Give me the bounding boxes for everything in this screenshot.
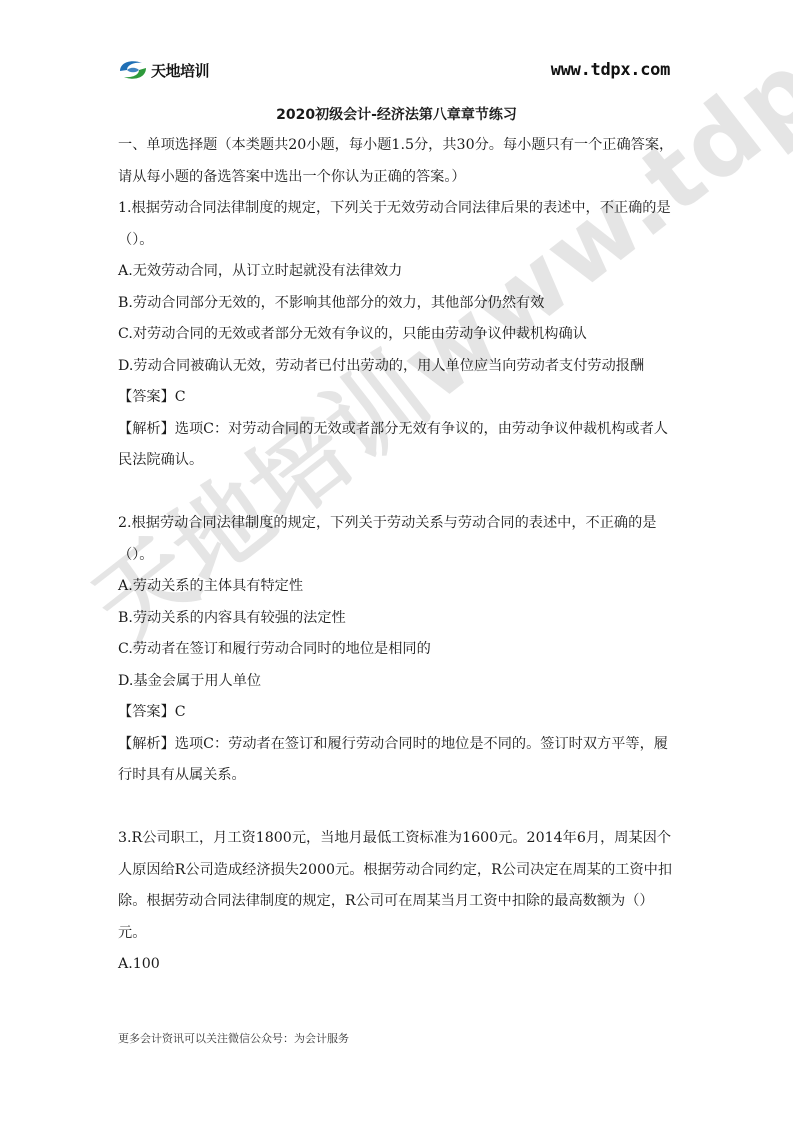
- question-stem: 2.根据劳动合同法律制度的规定，下列关于劳动关系与劳动合同的表述中，不正确的是（…: [118, 508, 676, 571]
- question-2: 2.根据劳动合同法律制度的规定，下列关于劳动关系与劳动合同的表述中，不正确的是（…: [118, 508, 676, 792]
- question-3: 3.R公司职工，月工资1800元，当地月最低工资标准为1600元。2014年6月…: [118, 823, 676, 981]
- option-d: D.基金会属于用人单位: [118, 666, 676, 698]
- page-header: 天地培训 www.tdpx.com: [118, 58, 670, 88]
- logo: 天地培训: [118, 58, 209, 82]
- analysis: 【解析】选项C：劳动者在签订和履行劳动合同时的地位是不同的。签订时双方平等，履行…: [118, 729, 676, 792]
- option-d: D.劳动合同被确认无效，劳动者已付出劳动的，用人单位应当向劳动者支付劳动报酬: [118, 351, 676, 383]
- spacer: [118, 792, 676, 824]
- option-a: A.无效劳动合同，从订立时起就没有法律效力: [118, 256, 676, 288]
- spacer: [118, 477, 676, 509]
- logo-text: 天地培训: [151, 60, 209, 81]
- site-url: www.tdpx.com: [551, 60, 670, 80]
- section-intro: 一、单项选择题（本类题共20小题，每小题1.5分，共30分。每小题只有一个正确答…: [118, 130, 676, 193]
- answer: 【答案】C: [118, 697, 676, 729]
- question-1: 1.根据劳动合同法律制度的规定，下列关于无效劳动合同法律后果的表述中，不正确的是…: [118, 193, 676, 477]
- option-c: C.对劳动合同的无效或者部分无效有争议的，只能由劳动争议仲裁机构确认: [118, 319, 676, 351]
- document-body: 一、单项选择题（本类题共20小题，每小题1.5分，共30分。每小题只有一个正确答…: [118, 130, 676, 981]
- logo-swoosh-icon: [118, 58, 148, 82]
- analysis: 【解析】选项C：对劳动合同的无效或者部分无效有争议的，由劳动争议仲裁机构或者人民…: [118, 414, 676, 477]
- option-a: A.劳动关系的主体具有特定性: [118, 571, 676, 603]
- page-title: 2020初级会计-经济法第八章章节练习: [0, 104, 793, 124]
- answer: 【答案】C: [118, 382, 676, 414]
- option-a: A.100: [118, 949, 676, 981]
- option-c: C.劳动者在签订和履行劳动合同时的地位是相同的: [118, 634, 676, 666]
- question-stem: 1.根据劳动合同法律制度的规定，下列关于无效劳动合同法律后果的表述中，不正确的是…: [118, 193, 676, 256]
- option-b: B.劳动合同部分无效的，不影响其他部分的效力，其他部分仍然有效: [118, 288, 676, 320]
- question-stem: 3.R公司职工，月工资1800元，当地月最低工资标准为1600元。2014年6月…: [118, 823, 676, 949]
- page-footer: 更多会计资讯可以关注微信公众号：为会计服务: [118, 1030, 349, 1046]
- option-b: B.劳动关系的内容具有较强的法定性: [118, 603, 676, 635]
